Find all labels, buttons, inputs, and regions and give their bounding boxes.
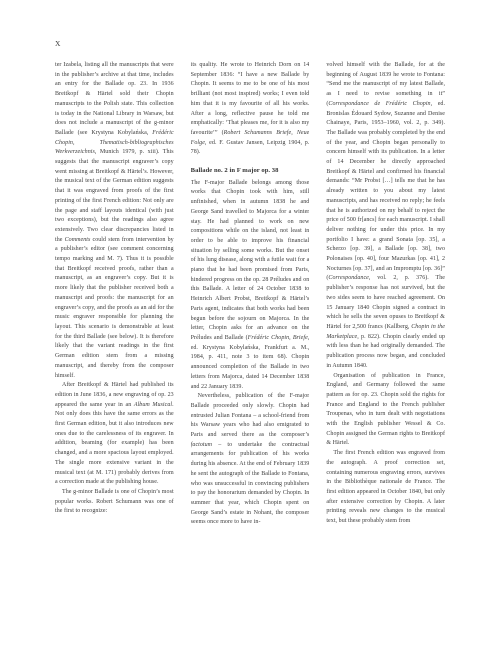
paragraph: volved himself with the Ballade, for at … bbox=[326, 61, 445, 372]
text-run: , ed. Krystyna Kobylańska, Frankfurt a. … bbox=[191, 335, 310, 390]
text-run: Organisation of publication in France, E… bbox=[326, 373, 445, 447]
text-run: The first French edition was engraved fr… bbox=[326, 450, 445, 524]
text-run: Nevertheless, publication of the F-major… bbox=[191, 393, 310, 438]
text-run: , ed. Bronislas Édouard Sydow, Suzanne a… bbox=[326, 101, 445, 282]
text-run: – to undertake the contractual arrangeme… bbox=[191, 442, 310, 526]
italic-text-run: Comments bbox=[65, 237, 91, 243]
paragraph: The first French edition was engraved fr… bbox=[326, 449, 445, 527]
italic-text-run: Frédéric Chopin, Briefe bbox=[248, 335, 308, 341]
paragraph: The F-major Ballade belongs among those … bbox=[191, 179, 310, 392]
text-column-1: ter Izabela, listing all the manuscripts… bbox=[55, 61, 174, 606]
italic-text-run: Album Musical bbox=[134, 402, 172, 408]
paragraph: The g-minor Ballade is one of Chopin’s m… bbox=[55, 488, 174, 517]
text-block: ter Izabela, listing all the manuscripts… bbox=[55, 61, 445, 606]
text-column-2: its quality. He wrote to Heinrich Dorn o… bbox=[191, 61, 310, 606]
italic-text-run: Correspondance bbox=[328, 275, 368, 281]
text-run: its quality. He wrote to Heinrich Dorn o… bbox=[191, 62, 310, 136]
paragraph: Organisation of publication in France, E… bbox=[326, 372, 445, 450]
book-page: X ter Izabela, listing all the manuscrip… bbox=[0, 0, 500, 660]
text-run: , Munich 1979, p. xiii). This suggests t… bbox=[55, 149, 174, 242]
text-run: The g-minor Ballade is one of Chopin’s m… bbox=[55, 489, 174, 514]
section-heading: Ballade no. 2 in F major op. 38 bbox=[191, 166, 310, 176]
italic-text-run: Correspondance de Frédéric Chopin bbox=[328, 101, 430, 107]
text-run: . Not only does this have the same error… bbox=[55, 402, 174, 486]
text-run: , vol. 2, p. 376). The publisher’s respo… bbox=[326, 275, 445, 330]
text-run: Ballade no. 2 in F major op. 38 bbox=[191, 167, 279, 174]
italic-text-run: factotum bbox=[191, 442, 212, 448]
paragraph: ter Izabela, listing all the manuscripts… bbox=[55, 61, 174, 381]
text-column-3: volved himself with the Ballade, for at … bbox=[326, 61, 445, 606]
paragraph: its quality. He wrote to Heinrich Dorn o… bbox=[191, 61, 310, 158]
paragraph: After Breitkopf & Härtel had published i… bbox=[55, 381, 174, 488]
text-run: ter Izabela, listing all the manuscripts… bbox=[55, 62, 174, 136]
text-run: , ed. F. Gustav Jansen, Leipzig 1904, p.… bbox=[191, 140, 310, 156]
page-number: X bbox=[55, 39, 61, 48]
text-run: The F-major Ballade belongs among those … bbox=[191, 180, 310, 341]
paragraph: Nevertheless, publication of the F-major… bbox=[191, 392, 310, 528]
text-run: could stem from intervention by a publis… bbox=[55, 237, 174, 379]
